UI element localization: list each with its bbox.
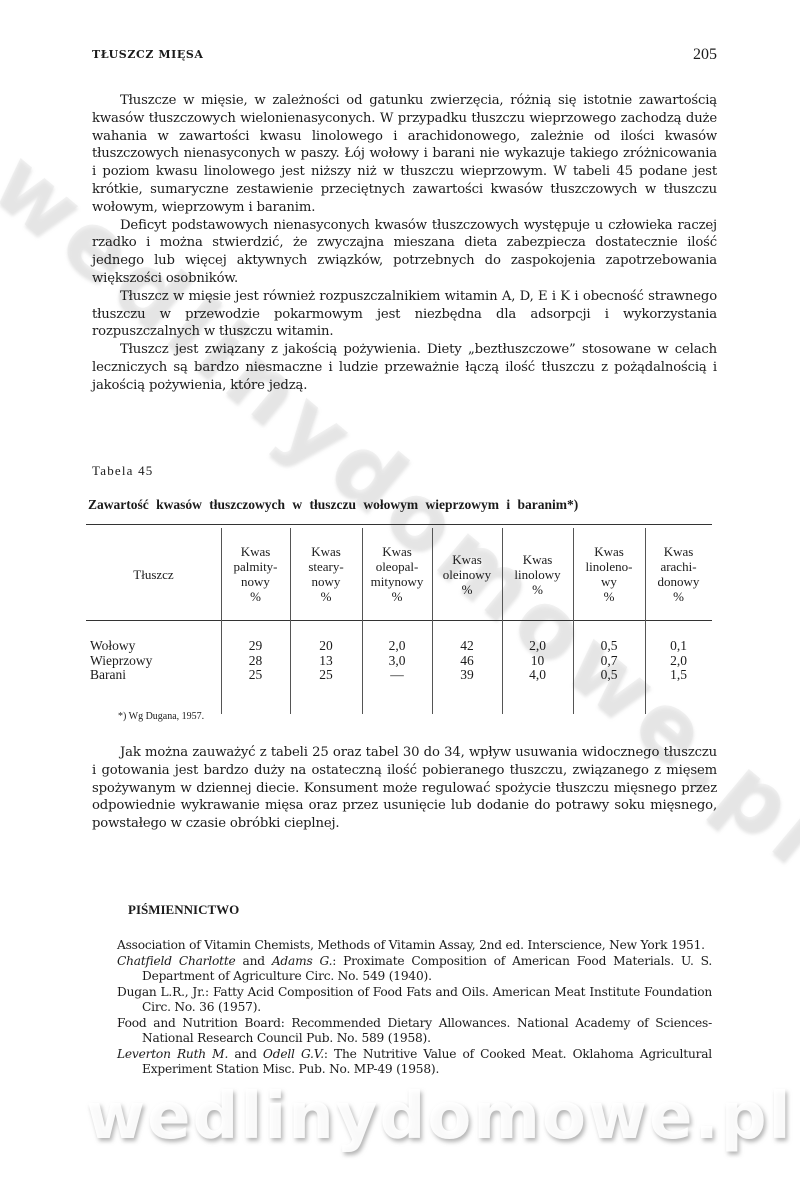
table-cell: 0,5 [573, 667, 645, 682]
column-header-line: Kwas [658, 544, 700, 559]
table-top-rule [86, 524, 712, 525]
bibliography-entry: Chatfield Charlotte and Adams G.: Proxim… [117, 954, 712, 985]
column-header-line: % [514, 582, 560, 597]
paragraph: Tłuszcz w mięsie jest również rozpuszcza… [92, 288, 717, 341]
entry-author: Adams G. [272, 954, 332, 968]
column-header-line: wy [586, 574, 633, 589]
bibliography-entry: Dugan L.R., Jr.: Fatty Acid Composition … [117, 985, 712, 1016]
entry-author: Chatfield Charlotte [117, 954, 236, 968]
column-header-line: % [308, 589, 343, 604]
column-header-line: % [233, 589, 277, 604]
table-cell: — [362, 667, 432, 682]
bibliography-list: Association of Vitamin Chemists, Methods… [117, 938, 712, 1078]
body-text-bottom: Jak można zauważyć z tabeli 25 oraz tabe… [92, 744, 717, 833]
column-header: Kwasoleopal-mitynowy% [362, 528, 432, 620]
paragraph: Tłuszcze w mięsie, w zależności od gatun… [92, 92, 717, 217]
entry-joiner: and [228, 1047, 263, 1061]
table-cell: 2,0 [645, 653, 712, 668]
book-page: wedlinydomowe.pl TŁUSZCZ MIĘSA 205 Tłusz… [0, 0, 800, 1185]
column-header-line: Kwas [586, 544, 633, 559]
column-header-line: Tłuszcz [133, 567, 173, 582]
table-cell: 3,0 [362, 653, 432, 668]
column-header: Kwasoleinowy% [432, 528, 502, 620]
column-header-line: Kwas [371, 544, 424, 559]
column-header: Kwaslinoleno-wy% [573, 528, 645, 620]
table-header-rule [86, 620, 712, 621]
column-header-line: oleopal- [371, 559, 424, 574]
table-cell: 29 [221, 638, 290, 653]
row-label: Barani [90, 667, 126, 682]
page-number: 205 [693, 46, 717, 64]
table-cell: 10 [502, 653, 573, 668]
table-cell: 0,7 [573, 653, 645, 668]
paragraph: Deficyt podstawowych nienasyconych kwasó… [92, 217, 717, 288]
table-cell: 13 [290, 653, 362, 668]
column-header: Kwaspalmity-nowy% [221, 528, 290, 620]
table-cell: 2,0 [362, 638, 432, 653]
table-cell: 0,5 [573, 638, 645, 653]
running-title: TŁUSZCZ MIĘSA [92, 48, 204, 61]
bibliography-entry: Food and Nutrition Board: Recommended Di… [117, 1016, 712, 1047]
table-cell: 1,5 [645, 667, 712, 682]
column-header: Tłuszcz [86, 528, 221, 620]
table-cell: 4,0 [502, 667, 573, 682]
table-cell: 25 [221, 667, 290, 682]
column-header-line: oleinowy [443, 567, 491, 582]
table-label: Tabela 45 [92, 463, 154, 479]
column-header-line: nowy [233, 574, 277, 589]
column-header-line: nowy [308, 574, 343, 589]
bibliography-entry: Leverton Ruth M. and Odell G.V.: The Nut… [117, 1047, 712, 1078]
column-header-line: Kwas [443, 552, 491, 567]
column-header-line: mitynowy [371, 574, 424, 589]
column-header: Kwassteary-nowy% [290, 528, 362, 620]
column-header-line: arachi- [658, 559, 700, 574]
bibliography-heading: PIŚMIENNICTWO [128, 902, 239, 918]
entry-text: Association of Vitamin Chemists, Methods… [117, 938, 705, 952]
entry-text: Dugan L.R., Jr.: Fatty Acid Composition … [117, 985, 712, 1015]
column-header-line: palmity- [233, 559, 277, 574]
table-cell: 0,1 [645, 638, 712, 653]
table-title: Zawartość kwasów tłuszczowych w tłuszczu… [88, 497, 578, 513]
paragraph: Jak można zauważyć z tabeli 25 oraz tabe… [92, 744, 717, 833]
column-header-line: % [658, 589, 700, 604]
entry-text: Food and Nutrition Board: Recommended Di… [117, 1016, 712, 1046]
column-header-line: Kwas [514, 552, 560, 567]
column-header-line: Kwas [233, 544, 277, 559]
row-label: Wołowy [90, 638, 135, 653]
paragraph: Tłuszcz jest związany z jakością pożywie… [92, 341, 717, 394]
column-header-line: % [443, 582, 491, 597]
bibliography-entry: Association of Vitamin Chemists, Methods… [117, 938, 712, 954]
table-cell: 25 [290, 667, 362, 682]
column-header-line: donowy [658, 574, 700, 589]
row-label: Wieprzowy [90, 653, 152, 668]
entry-author: Leverton Ruth M. [117, 1047, 228, 1061]
column-header-line: linoleno- [586, 559, 633, 574]
column-header-line: % [586, 589, 633, 604]
table-cell: 39 [432, 667, 502, 682]
watermark-bottom: wedlinydomowe.pl [86, 1080, 793, 1154]
table-cell: 42 [432, 638, 502, 653]
entry-joiner: and [236, 954, 272, 968]
column-header-line: linolowy [514, 567, 560, 582]
column-header: Kwaslinolowy% [502, 528, 573, 620]
entry-author: Odell G.V. [263, 1047, 324, 1061]
table-cell: 20 [290, 638, 362, 653]
column-header-line: % [371, 589, 424, 604]
body-text-top: Tłuszcze w mięsie, w zależności od gatun… [92, 92, 717, 395]
table-cell: 46 [432, 653, 502, 668]
table-cell: 2,0 [502, 638, 573, 653]
column-header-line: Kwas [308, 544, 343, 559]
column-header-line: steary- [308, 559, 343, 574]
table-cell: 28 [221, 653, 290, 668]
column-header: Kwasarachi-donowy% [645, 528, 712, 620]
table-footnote: *) Wg Dugana, 1957. [118, 711, 204, 722]
